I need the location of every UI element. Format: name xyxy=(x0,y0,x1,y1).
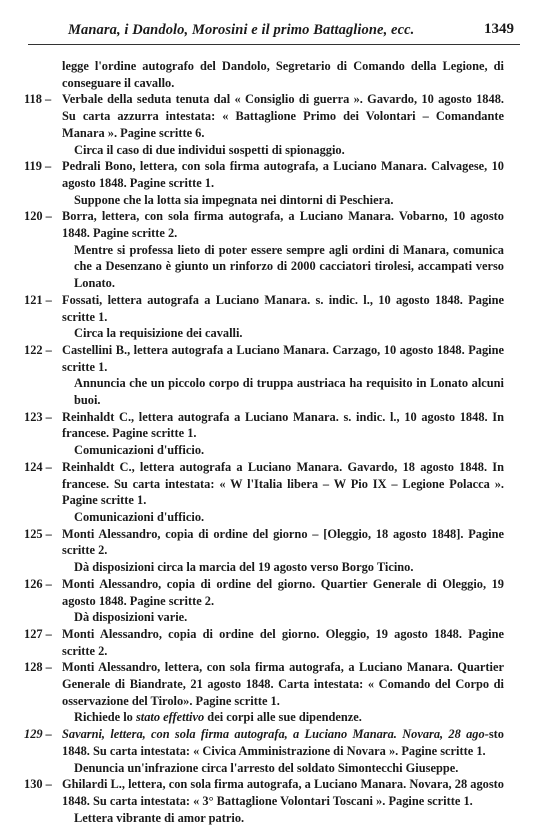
entry-130: 130 – Ghilardi L., lettera, con sola fir… xyxy=(24,776,504,826)
entry-summary: Denuncia un'infrazione circa l'arresto d… xyxy=(62,760,504,777)
summary-text-pre: Richiede lo xyxy=(74,710,136,724)
entry-number: 130 – xyxy=(24,776,60,793)
entry-number: 118 – xyxy=(24,91,60,108)
entry-description: Monti Alessandro, copia di ordine del gi… xyxy=(62,626,504,659)
entry-summary: Circa il caso di due individui sospetti … xyxy=(62,142,504,159)
entry-summary: Dà disposizioni varie. xyxy=(62,609,504,626)
running-title: Manara, i Dandolo, Morosini e il primo B… xyxy=(68,22,414,39)
description-italic: Savarni, lettera, con sola firma autogra… xyxy=(62,727,489,741)
entry-number: 129 – xyxy=(24,726,60,743)
entry-number: 122 – xyxy=(24,342,60,359)
entry-119: 119 – Pedrali Bono, lettera, con sola fi… xyxy=(24,158,504,208)
entry-123: 123 – Reinhaldt C., lettera autografa a … xyxy=(24,409,504,459)
entry-126: 126 – Monti Alessandro, copia di ordine … xyxy=(24,576,504,626)
entry-summary: Comunicazioni d'ufficio. xyxy=(62,442,504,459)
entry-number: 120 – xyxy=(24,208,60,225)
entry-summary: Suppone che la lotta sia impegnata nei d… xyxy=(62,192,504,209)
entry-127: 127 – Monti Alessandro, copia di ordine … xyxy=(24,626,504,659)
entry-description: Monti Alessandro, lettera, con sola firm… xyxy=(62,659,504,709)
entry-number: 125 – xyxy=(24,526,60,543)
entry-summary: Dà disposizioni circa la marcia del 19 a… xyxy=(62,559,504,576)
entry-description: Pedrali Bono, lettera, con sola firma au… xyxy=(62,158,504,191)
entry-120: 120 – Borra, lettera, con sola firma aut… xyxy=(24,208,504,292)
entry-number: 128 – xyxy=(24,659,60,676)
entry-summary: Mentre si professa lieto di poter essere… xyxy=(62,242,504,292)
entry-description: Monti Alessandro, copia di ordine del gi… xyxy=(62,576,504,609)
entry-118: 118 – Verbale della seduta tenuta dal « … xyxy=(24,91,504,158)
entry-number: 121 – xyxy=(24,292,60,309)
entry-description: Castellini B., lettera autografa a Lucia… xyxy=(62,342,504,375)
entry-number: 123 – xyxy=(24,409,60,426)
summary-italic-term: stato effettivo xyxy=(136,710,204,724)
entry-122: 122 – Castellini B., lettera autografa a… xyxy=(24,342,504,409)
entry-number: 119 – xyxy=(24,158,60,175)
entry-125: 125 – Monti Alessandro, copia di ordine … xyxy=(24,526,504,576)
entry-summary: Annuncia che un piccolo corpo di truppa … xyxy=(62,375,504,408)
entry-description: Verbale della seduta tenuta dal « Consig… xyxy=(62,91,504,141)
entry-description: Borra, lettera, con sola firma autografa… xyxy=(62,208,504,241)
entry-124: 124 – Reinhaldt C., lettera autografa a … xyxy=(24,459,504,526)
entry-129: 129 – Savarni, lettera, con sola firma a… xyxy=(24,726,504,776)
page-body: legge l'ordine autografo del Dandolo, Se… xyxy=(24,58,504,826)
entry-summary: Lettera vibrante di amor patrio. xyxy=(62,810,504,827)
entry-description: Reinhaldt C., lettera autografa a Lucian… xyxy=(62,459,504,509)
entry-121: 121 – Fossati, lettera autografa a Lucia… xyxy=(24,292,504,342)
entry-description: Ghilardi L., lettera, con sola firma aut… xyxy=(62,776,504,809)
page-number: 1349 xyxy=(484,21,514,38)
entry-number: 126 – xyxy=(24,576,60,593)
entry-number: 124 – xyxy=(24,459,60,476)
entry-summary: Comunicazioni d'ufficio. xyxy=(62,509,504,526)
entry-description: Reinhaldt C., lettera autografa a Lucian… xyxy=(62,409,504,442)
entry-description: Fossati, lettera autografa a Luciano Man… xyxy=(62,292,504,325)
entry-description: Monti Alessandro, copia di ordine del gi… xyxy=(62,526,504,559)
running-header: Manara, i Dandolo, Morosini e il primo B… xyxy=(28,18,520,45)
entry-128: 128 – Monti Alessandro, lettera, con sol… xyxy=(24,659,504,726)
entry-summary: Richiede lo stato effettivo dei corpi al… xyxy=(62,709,504,726)
continuation-text: legge l'ordine autografo del Dandolo, Se… xyxy=(24,58,504,91)
summary-text-post: dei corpi alle sue dipendenze. xyxy=(204,710,362,724)
entry-description: Savarni, lettera, con sola firma autogra… xyxy=(62,726,504,759)
entry-number: 127 – xyxy=(24,626,60,643)
entry-summary: Circa la requisizione dei cavalli. xyxy=(62,325,504,342)
